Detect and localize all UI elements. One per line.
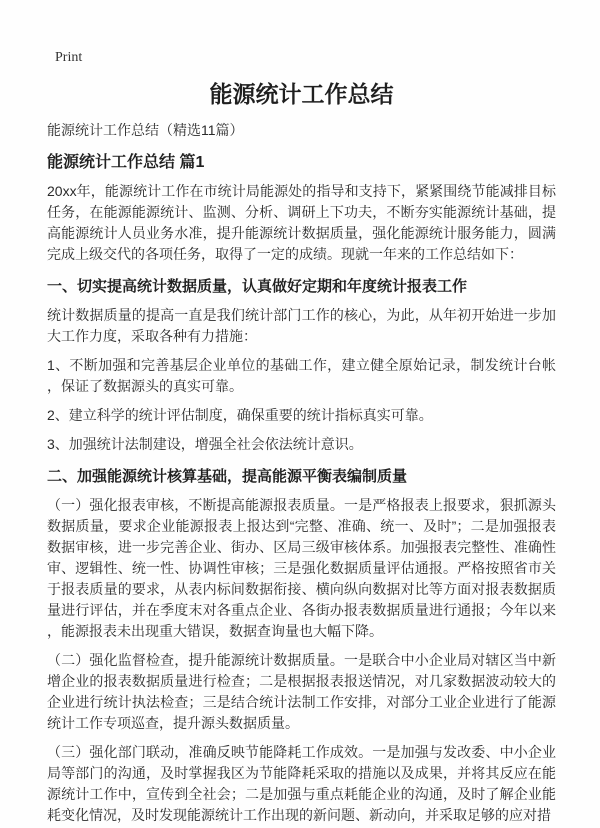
section-2-paragraph-3: （三）强化部门联动，准确反映节能降耗工作成效。一是加强与发改委、中小企业局等部门… bbox=[47, 742, 556, 826]
section-2-heading: 二、加强能源统计核算基础，提高能源平衡表编制质量 bbox=[47, 466, 556, 487]
section-1-item-2: 2、建立科学的统计评估制度，确保重要的统计指标真实可靠。 bbox=[47, 405, 556, 426]
section-2-paragraph-2: （二）强化监督检查，提升能源统计数据质量。一是联合中小企业局对辖区当中新增企业的… bbox=[47, 650, 556, 734]
article-title: 能源统计工作总结 篇1 bbox=[47, 153, 556, 172]
print-button[interactable]: Print bbox=[55, 50, 82, 66]
section-1-item-3: 3、加强统计法制建设，增强全社会依法统计意识。 bbox=[47, 434, 556, 455]
section-1-lead-paragraph: 统计数据质量的提高一直是我们统计部门工作的核心，为此，从年初开始进一步加大工作力… bbox=[47, 305, 556, 347]
section-1-heading: 一、切实提高统计数据质量，认真做好定期和年度统计报表工作 bbox=[47, 276, 556, 297]
section-1-item-1: 1、不断加强和完善基层企业单位的基础工作，建立健全原始记录，制发统计台帐，保证了… bbox=[47, 355, 556, 397]
section-2-paragraph-1: （一）强化报表审核，不断提高能源报表质量。一是严格报表上报要求，狠抓源头数据质量… bbox=[47, 495, 556, 642]
intro-paragraph: 20xx年，能源统计工作在市统计局能源处的指导和支持下，紧紧围绕节能减排目标任务… bbox=[47, 181, 556, 265]
document-title: 能源统计工作总结 bbox=[47, 80, 556, 108]
document-page: Print 能源统计工作总结 能源统计工作总结（精选11篇） 能源统计工作总结 … bbox=[0, 0, 600, 828]
document-subtitle: 能源统计工作总结（精选11篇） bbox=[47, 121, 556, 140]
